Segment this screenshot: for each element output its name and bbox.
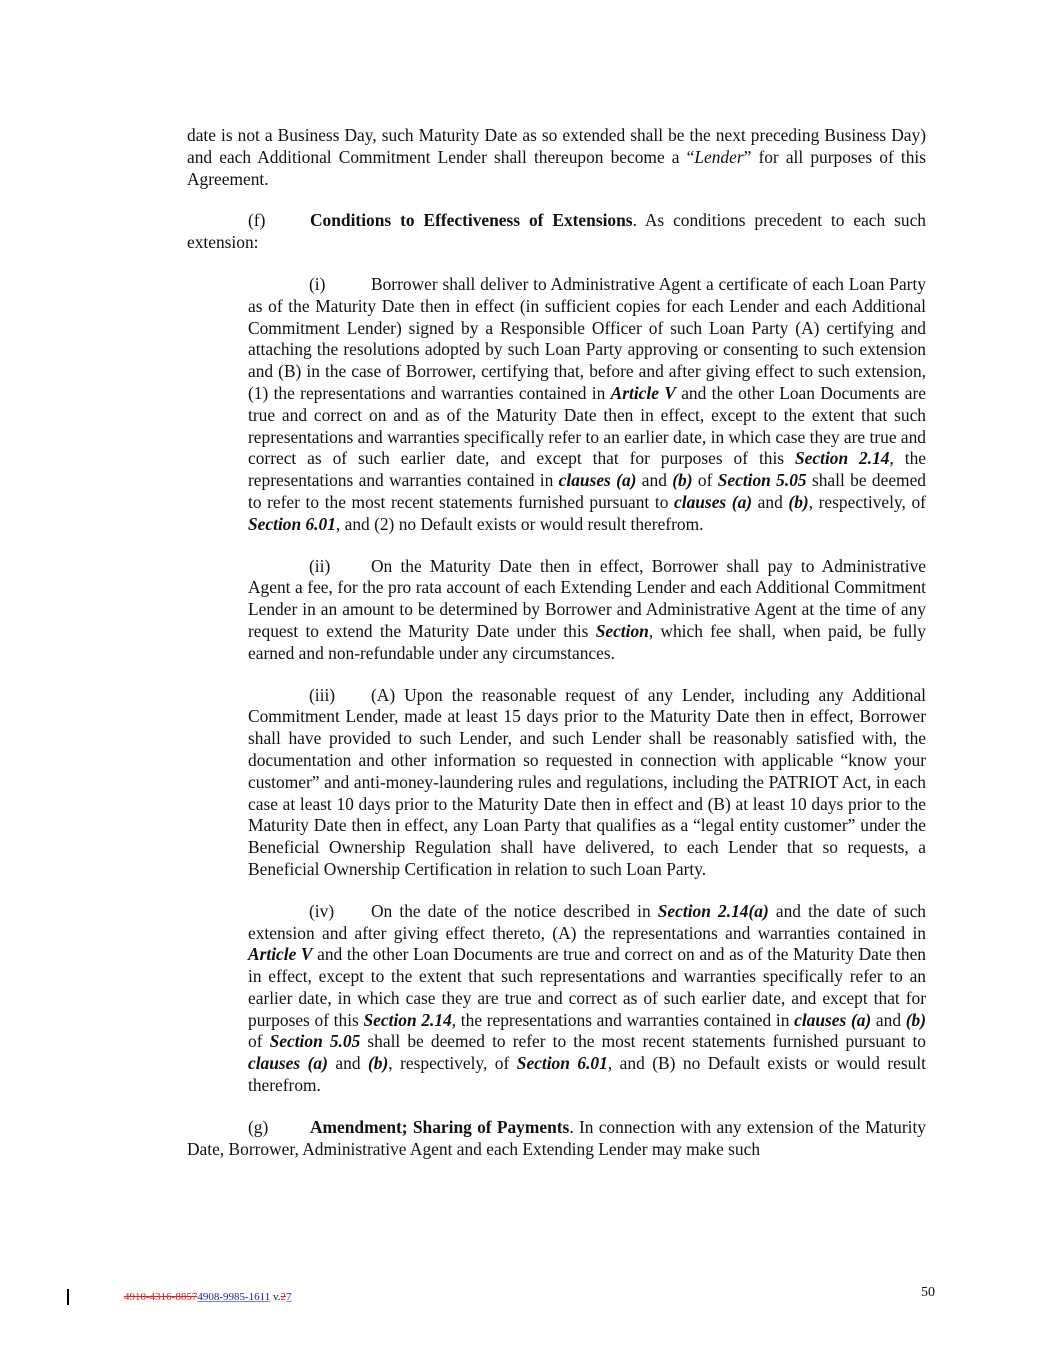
inserted-doc-id: 4908-9985-1611 — [197, 1291, 270, 1303]
change-bar — [67, 1289, 69, 1305]
clause-iv-paragraph: (iv)On the date of the notice described … — [248, 901, 926, 1097]
cross-reference: Article V — [611, 383, 676, 403]
cross-reference: clauses (a) — [674, 492, 752, 512]
clause-i-label: (i) — [248, 274, 371, 296]
cross-reference: Section 6.01 — [248, 514, 336, 534]
document-id: 4910-4316-88574908-9985-1611 v.27 — [124, 1291, 292, 1303]
section-g-paragraph: (g)Amendment; Sharing of Payments. In co… — [187, 1117, 926, 1161]
cross-reference: clauses (a) — [794, 1010, 871, 1030]
page-footer: 4910-4316-88574908-9985-1611 v.27 50 — [0, 1285, 1055, 1315]
cross-reference: Article V — [248, 944, 313, 964]
clause-i-paragraph: (i)Borrower shall deliver to Administrat… — [248, 274, 926, 536]
intro-paragraph: date is not a Business Day, such Maturit… — [187, 125, 926, 190]
cross-reference: clauses (a) — [559, 470, 637, 490]
inserted-version: 7 — [286, 1291, 292, 1303]
cross-reference: Section 6.01 — [517, 1053, 608, 1073]
clause-iv-label: (iv) — [248, 901, 371, 923]
section-f-heading: Conditions to Effectiveness of Extension… — [310, 210, 633, 230]
clause-ii-paragraph: (ii)On the Maturity Date then in effect,… — [248, 556, 926, 665]
section-f-label: (f) — [187, 210, 310, 232]
section-f-paragraph: (f)Conditions to Effectiveness of Extens… — [187, 210, 926, 254]
cross-reference: Section 2.14 — [795, 448, 890, 468]
cross-reference: Section — [596, 621, 649, 641]
cross-reference: Section 2.14(a) — [658, 901, 769, 921]
cross-reference: clauses (a) — [248, 1053, 328, 1073]
section-g-heading: Amendment; Sharing of Payments — [310, 1117, 569, 1137]
cross-reference: Section 5.05 — [718, 470, 807, 490]
cross-reference: (b) — [788, 492, 808, 512]
cross-reference: (b) — [368, 1053, 388, 1073]
defined-term-lender: Lender — [694, 147, 743, 167]
clause-ii-label: (ii) — [248, 556, 371, 578]
version-prefix: v. — [270, 1291, 280, 1303]
document-page: date is not a Business Day, such Maturit… — [187, 125, 926, 1180]
page-number: 50 — [921, 1285, 935, 1301]
clause-iii-label: (iii) — [248, 685, 371, 707]
clause-iii-paragraph: (iii)(A) Upon the reasonable request of … — [248, 685, 926, 881]
deleted-doc-id: 4910-4316-8857 — [124, 1291, 197, 1303]
cross-reference: Section 2.14 — [364, 1010, 452, 1030]
cross-reference: Section 5.05 — [270, 1031, 361, 1051]
cross-reference: (b) — [672, 470, 692, 490]
cross-reference: (b) — [906, 1010, 926, 1030]
section-g-label: (g) — [187, 1117, 310, 1139]
